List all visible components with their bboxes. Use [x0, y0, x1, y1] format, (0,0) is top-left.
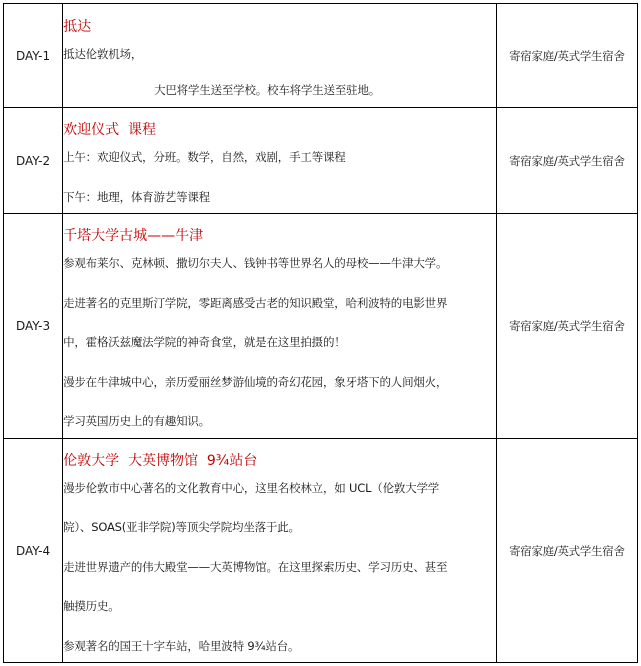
day-description-line: 院）、SOAS(亚非学院)等顶尖学院均坐落于此。	[63, 517, 496, 537]
day-label: DAY-3	[4, 214, 63, 439]
day-content: 欢迎仪式 课程 上午：欢迎仪式，分班。数学，自然，戏剧，手工等课程 下午：地理，…	[63, 108, 497, 214]
day-label: DAY-2	[4, 108, 63, 214]
itinerary-row-day-2: DAY-2 欢迎仪式 课程 上午：欢迎仪式，分班。数学，自然，戏剧，手工等课程 …	[4, 108, 638, 214]
itinerary-table: DAY-1 抵达 抵达伦敦机场， 大巴将学生送至学校。校车将学生送至驻地。 寄宿…	[3, 3, 638, 663]
day-label: DAY-4	[4, 439, 63, 663]
itinerary-row-day-1: DAY-1 抵达 抵达伦敦机场， 大巴将学生送至学校。校车将学生送至驻地。 寄宿…	[4, 4, 638, 108]
day-description-line: 抵达伦敦机场，	[63, 44, 496, 64]
day-content: 千塔大学古城——牛津 参观布莱尔、克林顿、撒切尔夫人、钱钟书等世界名人的母校——…	[63, 214, 497, 439]
day-description-line: 学习英国历史上的有趣知识。	[63, 411, 496, 431]
accommodation-label: 寄宿家庭/英式学生宿舍	[496, 108, 637, 214]
day-description-line: 中，霍格沃兹魔法学院的神奇食堂，就是在这里拍摄的！	[63, 332, 496, 352]
accommodation-label: 寄宿家庭/英式学生宿舍	[496, 4, 637, 108]
day-description-line: 下午：地理，体育游艺等课程	[63, 187, 496, 207]
day-description-line: 参观布莱尔、克林顿、撒切尔夫人、钱钟书等世界名人的母校——牛津大学。	[63, 253, 496, 273]
day-title: 伦敦大学 大英博物馆 9¾站台	[63, 451, 496, 471]
day-label: DAY-1	[4, 4, 63, 108]
accommodation-label: 寄宿家庭/英式学生宿舍	[496, 439, 637, 663]
day-description-line: 走进著名的克里斯汀学院，零距离感受古老的知识殿堂，哈利波特的电影世界	[63, 293, 496, 313]
day-description-line: 参观著名的国王十字车站，哈里波特 9¾站台。	[63, 636, 496, 656]
day-title: 千塔大学古城——牛津	[63, 226, 496, 246]
day-content: 抵达 抵达伦敦机场， 大巴将学生送至学校。校车将学生送至驻地。	[63, 4, 497, 108]
day-description-line: 大巴将学生送至学校。校车将学生送至驻地。	[63, 80, 496, 100]
accommodation-label: 寄宿家庭/英式学生宿舍	[496, 214, 637, 439]
day-description-line: 走进世界遗产的伟大殿堂——大英博物馆。在这里探索历史、学习历史、甚至	[63, 557, 496, 577]
itinerary-row-day-4: DAY-4 伦敦大学 大英博物馆 9¾站台 漫步伦敦市中心著名的文化教育中心，这…	[4, 439, 638, 663]
day-description-line: 漫步在牛津城中心，亲历爱丽丝梦游仙境的奇幻花园，象牙塔下的人间烟火，	[63, 372, 496, 392]
day-description-line: 触摸历史。	[63, 596, 496, 616]
day-title: 欢迎仪式 课程	[63, 120, 496, 140]
day-description-line: 漫步伦敦市中心著名的文化教育中心，这里名校林立，如 UCL（伦敦大学学	[63, 478, 496, 498]
day-content: 伦敦大学 大英博物馆 9¾站台 漫步伦敦市中心著名的文化教育中心，这里名校林立，…	[63, 439, 497, 663]
day-title: 抵达	[63, 17, 496, 37]
itinerary-row-day-3: DAY-3 千塔大学古城——牛津 参观布莱尔、克林顿、撒切尔夫人、钱钟书等世界名…	[4, 214, 638, 439]
day-description-line: 上午：欢迎仪式，分班。数学，自然，戏剧，手工等课程	[63, 147, 496, 167]
